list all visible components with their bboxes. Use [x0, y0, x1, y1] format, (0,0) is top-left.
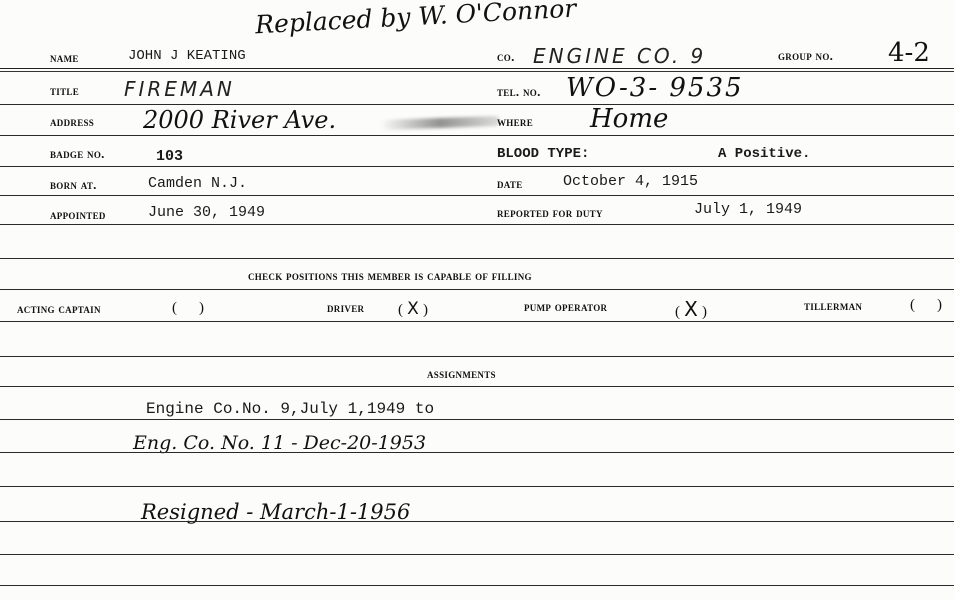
group-no-label: GROUP NO. [778, 48, 833, 64]
name-value: JOHN J KEATING [128, 48, 246, 64]
reported-for-duty-label: REPORTED FOR DUTY [497, 205, 603, 221]
assignment-entry-2: Eng. Co. No. 11 - Dec-20-1953 [133, 432, 426, 454]
acting-captain-label: ACTING CAPTAIN [17, 301, 101, 317]
appointed-label: APPOINTED [50, 207, 106, 223]
date-label: DATE [497, 176, 523, 192]
company-label: CO. [497, 49, 515, 65]
assignments-header: ASSIGNMENTS [427, 366, 496, 382]
paren-close: ) [423, 302, 428, 318]
divider [0, 521, 954, 522]
title-value: FIREMAN [124, 77, 235, 101]
tel-no-value: WO-3- 9535 [566, 73, 744, 103]
divider [0, 104, 954, 105]
divider [0, 166, 954, 167]
fireman-record-card: Replaced by W. O'Connor NAME JOHN J KEAT… [0, 0, 954, 600]
badge-no-label: BADGE NO. [50, 146, 105, 162]
title-label: TITLE [50, 83, 79, 99]
tillerman-checkbox[interactable]: () [910, 297, 942, 314]
positions-header: CHECK POSITIONS THIS MEMBER IS CAPABLE O… [248, 268, 532, 284]
tel-no-label: TEL. NO. [497, 84, 541, 100]
appointed-value: June 30, 1949 [148, 204, 265, 221]
check-mark: X [680, 297, 702, 321]
paren-close: ) [199, 300, 204, 316]
divider [0, 419, 954, 420]
date-value: October 4, 1915 [563, 173, 698, 190]
where-value: Home [590, 104, 668, 134]
badge-no-value: 103 [156, 148, 183, 165]
divider [0, 554, 954, 555]
divider [0, 356, 954, 357]
where-label: WHERE [497, 114, 533, 130]
divider [0, 289, 954, 290]
pump-operator-checkbox[interactable]: (X) [675, 297, 707, 321]
check-mark: X [403, 299, 423, 319]
name-label: NAME [50, 50, 79, 66]
driver-label: DRIVER [327, 300, 364, 316]
born-at-value: Camden N.J. [148, 175, 247, 192]
divider [0, 135, 954, 136]
paren-close: ) [937, 297, 942, 313]
born-at-label: BORN AT. [50, 177, 97, 193]
assignment-entry-1: Engine Co.No. 9,July 1,1949 to [146, 400, 434, 418]
divider [0, 68, 954, 69]
divider [0, 486, 954, 487]
address-value: 2000 River Ave. [143, 106, 336, 134]
paren-open: ( [172, 300, 177, 316]
blood-type-value: A Positive. [718, 146, 810, 162]
paren-close: ) [702, 304, 707, 320]
paren-open: ( [910, 297, 915, 313]
group-no-value: 4-2 [888, 38, 930, 68]
pump-operator-label: PUMP OPERATOR [524, 299, 607, 315]
divider [0, 195, 954, 196]
divider [0, 585, 954, 586]
company-value: ENGINE CO. 9 [533, 44, 706, 68]
divider [0, 386, 954, 387]
address-label: ADDRESS [50, 114, 94, 130]
ink-smudge [380, 116, 500, 130]
reported-for-duty-value: July 1, 1949 [694, 201, 802, 218]
divider [0, 321, 954, 322]
replaced-by-annotation: Replaced by W. O'Connor [254, 0, 576, 39]
driver-checkbox[interactable]: (X) [398, 299, 428, 319]
divider [0, 258, 954, 259]
divider [0, 452, 954, 453]
tillerman-label: TILLERMAN [804, 298, 862, 314]
divider [0, 224, 954, 225]
acting-captain-checkbox[interactable]: () [172, 300, 204, 317]
blood-type-label: BLOOD TYPE: [497, 146, 589, 162]
